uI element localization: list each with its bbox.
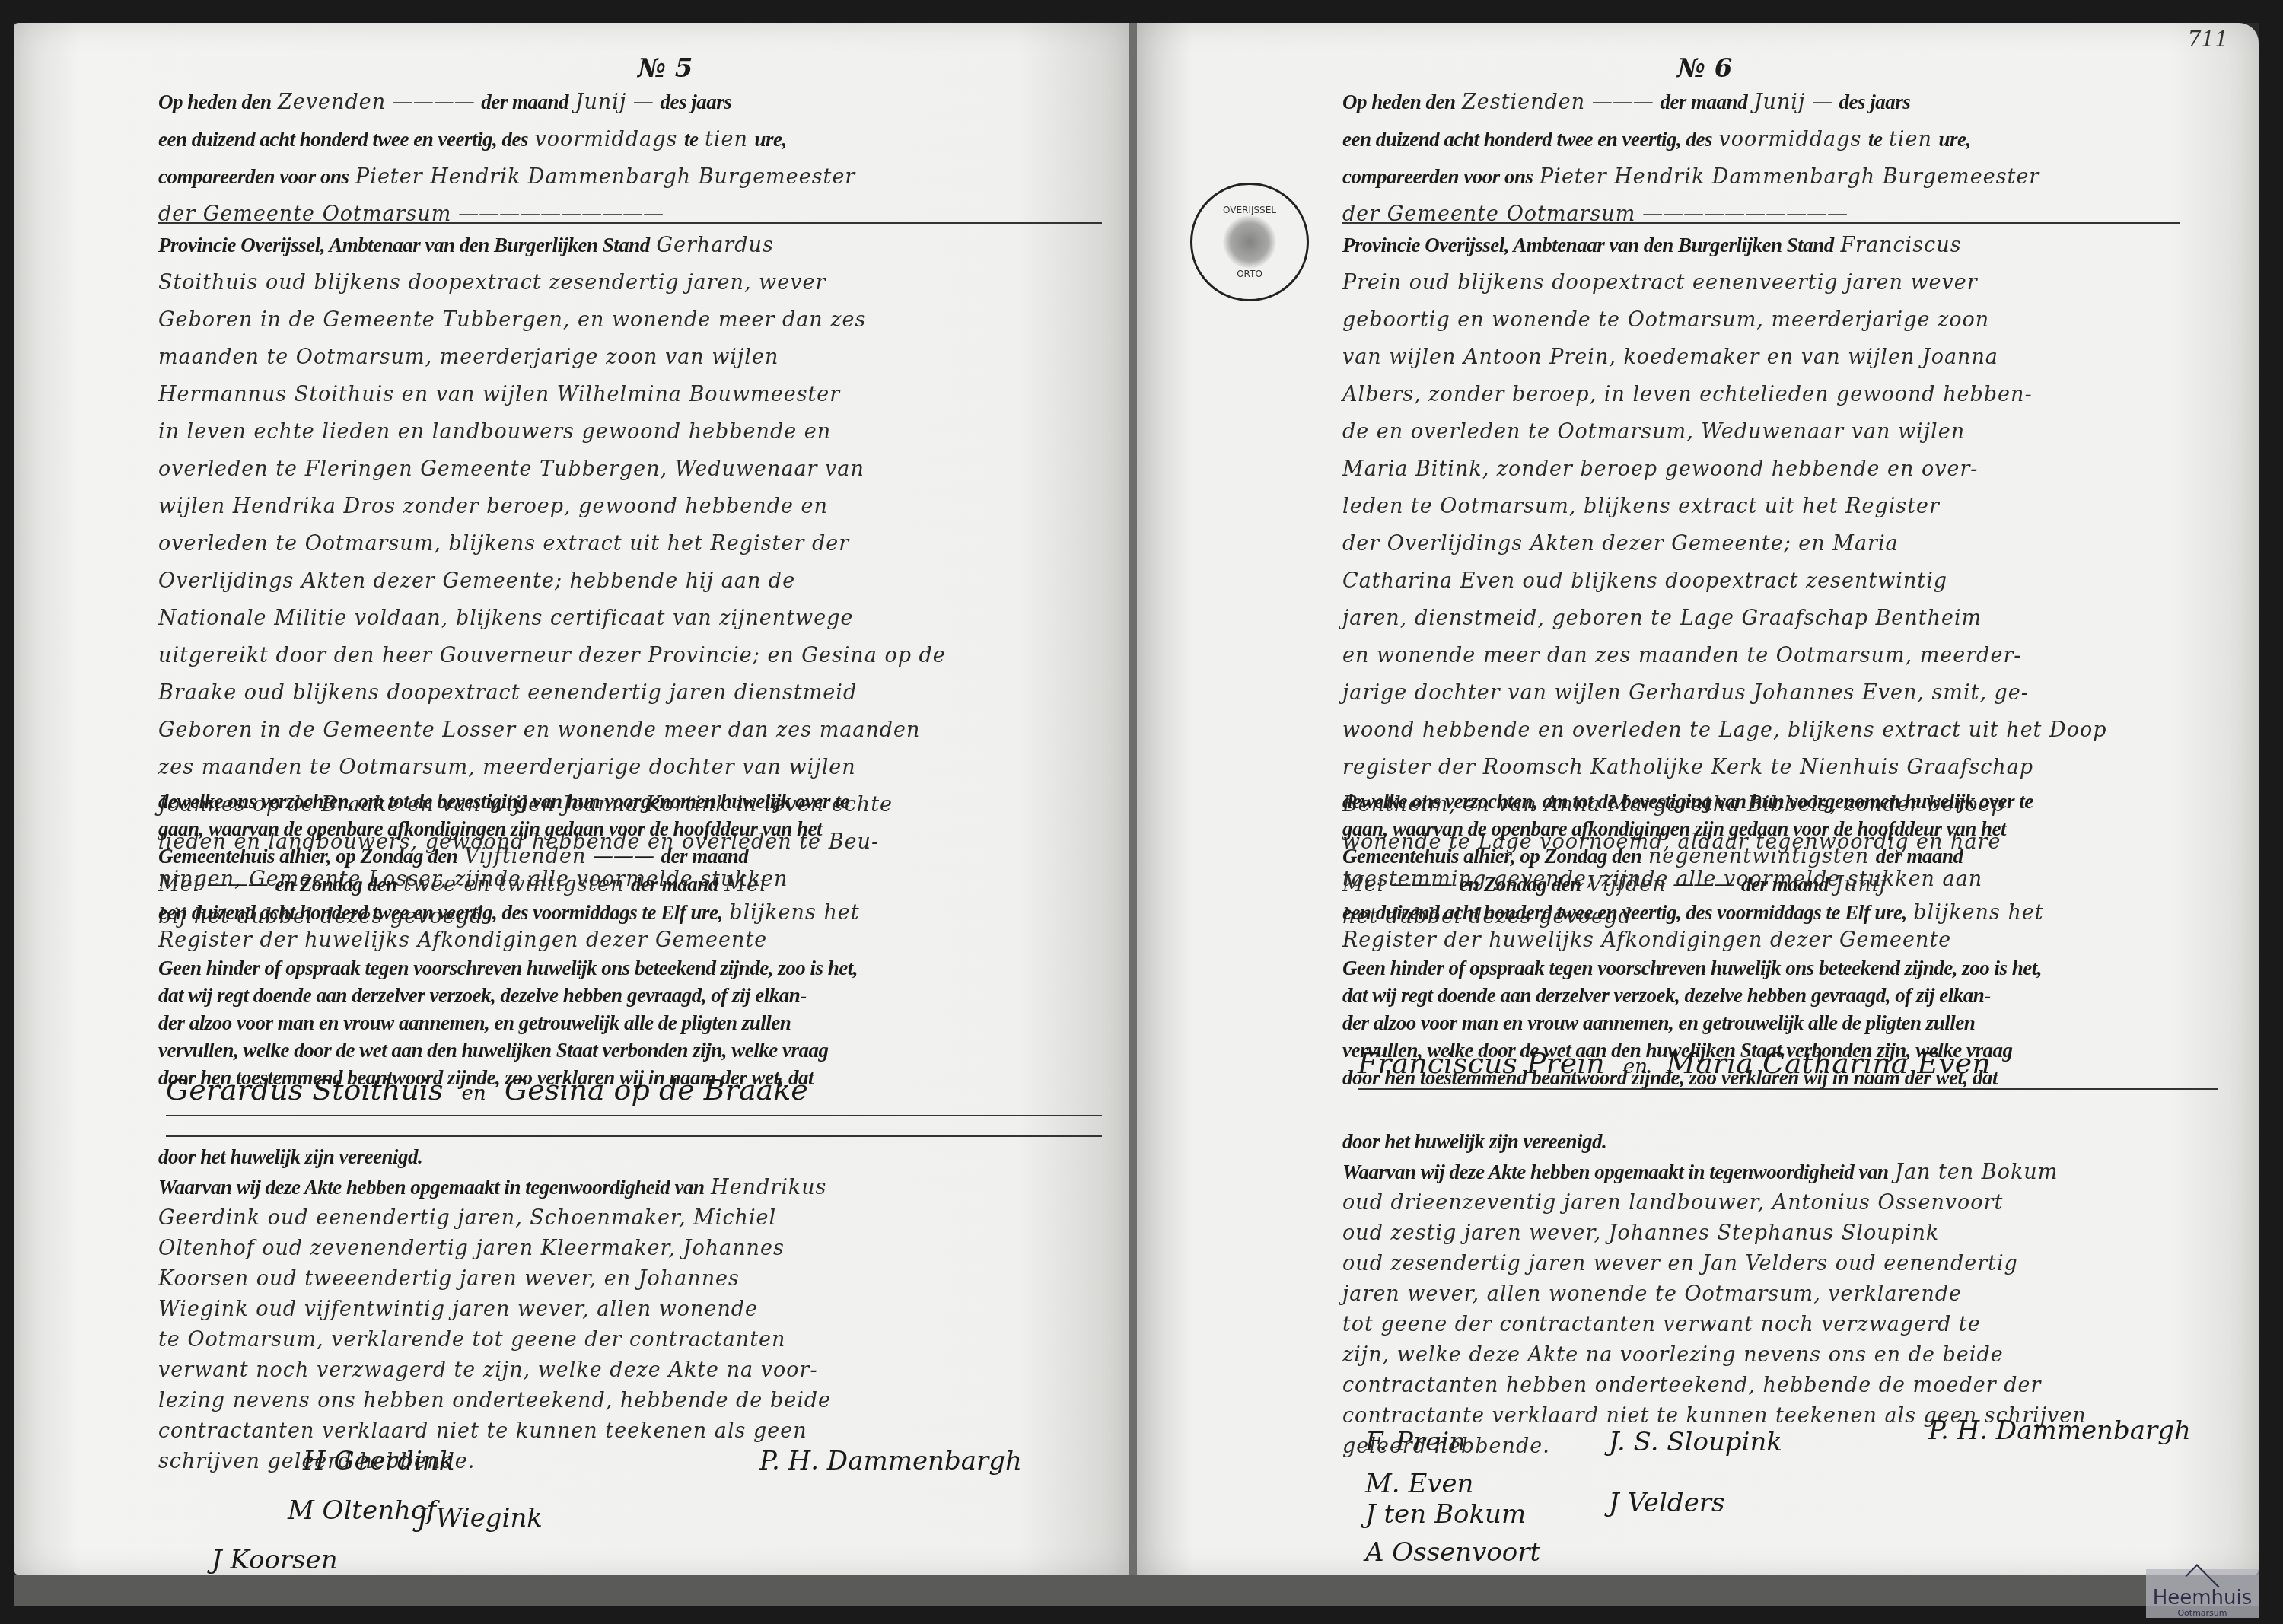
- act-header: Op heden den Zestienden ——— der maand Ju…: [1342, 84, 2240, 233]
- signature-witness: J Wiegink: [417, 1503, 543, 1533]
- couple-names: Gerardus Stoithuis en Gesina op de Braak…: [166, 1073, 808, 1107]
- banns-text: dewelke ons verzochten, om tot de bevest…: [158, 788, 1102, 1091]
- act-number: № 6: [1677, 53, 1732, 84]
- signature-mayor: P. H. Dammenbargh: [1928, 1415, 2191, 1446]
- divider: [158, 222, 1102, 224]
- folio-number: 711: [2188, 27, 2228, 52]
- divider: [166, 1135, 1102, 1137]
- book-gutter: [1129, 23, 1137, 1575]
- left-page-act-5: № 5 Op heden den Zevenden ———— der maand…: [14, 23, 1129, 1575]
- official-seal-stamp: OVERIJSSEL ORTO: [1190, 183, 1309, 301]
- signature-witness: M Oltenhof: [288, 1495, 436, 1526]
- act-number: № 5: [638, 53, 693, 84]
- witness-section: door het huwelijk zijn vereenigd. Waarva…: [1342, 1126, 2240, 1462]
- act-header: Op heden den Zevenden ———— der maand Jun…: [158, 84, 1071, 233]
- signature-bride: M. Even: [1365, 1469, 1473, 1499]
- signature-witness: A Ossenvoort: [1365, 1537, 1540, 1568]
- couple-names: Franciscus Prein en Maria Catharina Even: [1358, 1046, 1991, 1080]
- signature-witness: H Geerdink: [303, 1446, 454, 1476]
- signature-witness: J Koorsen: [212, 1545, 338, 1575]
- divider: [166, 1115, 1102, 1116]
- signature-mayor: P. H. Dammenbargh: [759, 1446, 1022, 1476]
- heemhuis-watermark-logo: Heemhuis Ootmarsum: [2146, 1569, 2259, 1618]
- signature-groom: F. Prein: [1365, 1427, 1466, 1457]
- signature-witness: J Velders: [1609, 1488, 1724, 1518]
- witness-section: door het huwelijk zijn vereenigd. Waarva…: [158, 1142, 1102, 1477]
- right-page-act-6: 711 № 6 OVERIJSSEL ORTO Op heden den Zes…: [1137, 23, 2259, 1575]
- signature-witness: J. S. Sloupink: [1609, 1427, 1782, 1457]
- divider: [1358, 1088, 2218, 1090]
- signature-witness: J ten Bokum: [1365, 1499, 1526, 1530]
- open-register-book: № 5 Op heden den Zevenden ———— der maand…: [14, 23, 2259, 1606]
- crest-icon: [1223, 215, 1276, 269]
- divider: [1342, 222, 2180, 224]
- book-bottom-edge: [14, 1575, 2259, 1606]
